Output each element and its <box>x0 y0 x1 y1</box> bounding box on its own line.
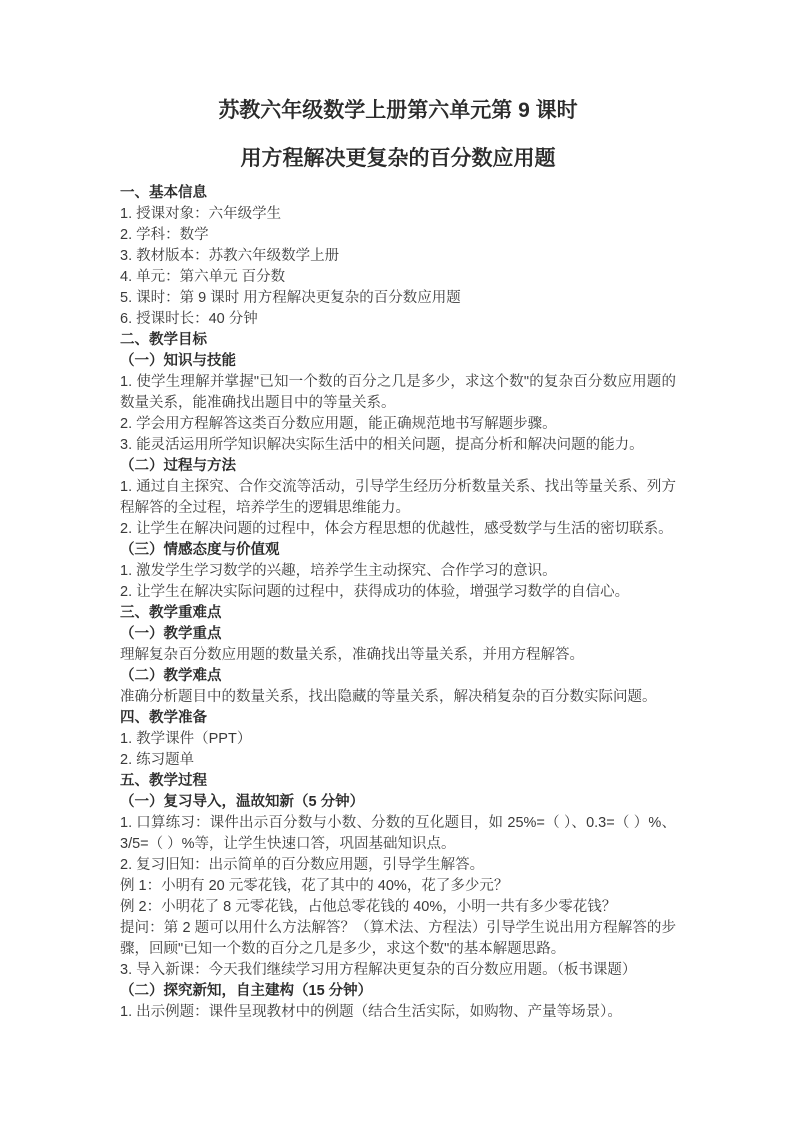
subsection-heading: （一）教学重点 <box>120 624 676 645</box>
paragraph: 1. 出示例题：课件呈现教材中的例题（结合生活实际，如购物、产量等场景）。 <box>120 1002 676 1023</box>
section-heading: 一、基本信息 <box>120 183 676 204</box>
paragraph: 4. 单元：第六单元 百分数 <box>120 267 676 288</box>
subsection-heading: （一）知识与技能 <box>120 351 676 372</box>
paragraph: 准确分析题目中的数量关系，找出隐藏的等量关系，解决稍复杂的百分数实际问题。 <box>120 687 676 708</box>
paragraph: 5. 课时：第 9 课时 用方程解决更复杂的百分数应用题 <box>120 288 676 309</box>
subsection-heading: （三）情感态度与价值观 <box>120 540 676 561</box>
document-page: 苏教六年级数学上册第六单元第 9 课时 用方程解决更复杂的百分数应用题 一、基本… <box>0 0 794 1123</box>
document-title-line-2: 用方程解决更复杂的百分数应用题 <box>120 135 676 183</box>
section-heading: 四、教学准备 <box>120 708 676 729</box>
paragraph: 2. 让学生在解决实际问题的过程中，获得成功的体验，增强学习数学的自信心。 <box>120 582 676 603</box>
paragraph: 2. 练习题单 <box>120 750 676 771</box>
paragraph: 1. 激发学生学习数学的兴趣，培养学生主动探究、合作学习的意识。 <box>120 561 676 582</box>
paragraph: 3. 教材版本：苏教六年级数学上册 <box>120 246 676 267</box>
document-title-line-1: 苏教六年级数学上册第六单元第 9 课时 <box>120 87 676 135</box>
paragraph: 6. 授课时长：40 分钟 <box>120 309 676 330</box>
paragraph: 理解复杂百分数应用题的数量关系，准确找出等量关系，并用方程解答。 <box>120 645 676 666</box>
document-body: 一、基本信息1. 授课对象：六年级学生2. 学科：数学3. 教材版本：苏教六年级… <box>120 183 676 1023</box>
paragraph: 例 1：小明有 20 元零花钱，花了其中的 40%，花了多少元？ <box>120 876 676 897</box>
subsection-heading: （二）探究新知，自主建构（15 分钟） <box>120 981 676 1002</box>
paragraph: 2. 学科：数学 <box>120 225 676 246</box>
paragraph: 例 2：小明花了 8 元零花钱，占他总零花钱的 40%，小明一共有多少零花钱？ <box>120 897 676 918</box>
subsection-heading: （二）过程与方法 <box>120 456 676 477</box>
paragraph: 1. 授课对象：六年级学生 <box>120 204 676 225</box>
subsection-heading: （二）教学难点 <box>120 666 676 687</box>
paragraph: 1. 使学生理解并掌握"已知一个数的百分之几是多少，求这个数"的复杂百分数应用题… <box>120 372 676 414</box>
paragraph: 提问：第 2 题可以用什么方法解答？（算术法、方程法）引导学生说出用方程解答的步… <box>120 918 676 960</box>
section-heading: 三、教学重难点 <box>120 603 676 624</box>
paragraph: 1. 教学课件（PPT） <box>120 729 676 750</box>
paragraph: 3. 导入新课：今天我们继续学习用方程解决更复杂的百分数应用题。（板书课题） <box>120 960 676 981</box>
paragraph: 2. 让学生在解决问题的过程中，体会方程思想的优越性，感受数学与生活的密切联系。 <box>120 519 676 540</box>
section-heading: 五、教学过程 <box>120 771 676 792</box>
document-title: 苏教六年级数学上册第六单元第 9 课时 用方程解决更复杂的百分数应用题 <box>120 87 676 183</box>
subsection-heading: （一）复习导入，温故知新（5 分钟） <box>120 792 676 813</box>
paragraph: 1. 通过自主探究、合作交流等活动，引导学生经历分析数量关系、找出等量关系、列方… <box>120 477 676 519</box>
paragraph: 3. 能灵活运用所学知识解决实际生活中的相关问题，提高分析和解决问题的能力。 <box>120 435 676 456</box>
section-heading: 二、教学目标 <box>120 330 676 351</box>
paragraph: 2. 复习旧知：出示简单的百分数应用题，引导学生解答。 <box>120 855 676 876</box>
paragraph: 2. 学会用方程解答这类百分数应用题，能正确规范地书写解题步骤。 <box>120 414 676 435</box>
paragraph: 1. 口算练习：课件出示百分数与小数、分数的互化题目，如 25%=（ ）、0.3… <box>120 813 676 855</box>
